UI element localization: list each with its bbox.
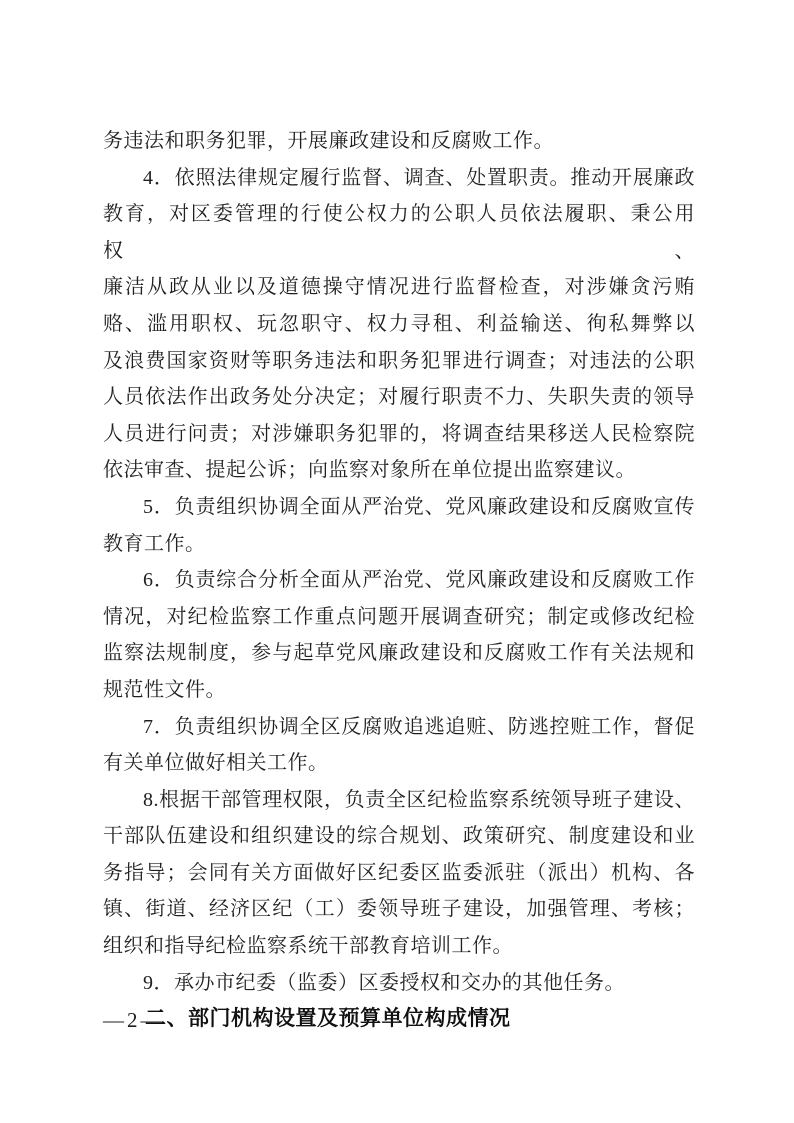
body-text-line: 教育工作。 [103,526,695,563]
body-text-line: 人员依法作出政务处分决定；对履行职责不力、失职失责的领导 [103,379,695,416]
body-text-line: 教育，对区委管理的行使公权力的公职人员依法履职、秉公用权、 [103,196,695,269]
section-heading: 二、部门机构设置及预算单位构成情况 [103,1001,695,1038]
page-number: —2— [103,1008,165,1033]
body-text-line: 镇、街道、经济区纪（工）委领导班子建设，加强管理、考核； [103,891,695,928]
body-text-line: 5．负责组织协调全面从严治党、党风廉政建设和反腐败宣传 [103,489,695,526]
document-page: 务违法和职务犯罪，开展廉政建设和反腐败工作。4．依照法律规定履行监督、调查、处置… [0,0,794,1123]
body-text-line: 9．承办市纪委（监委）区委授权和交办的其他任务。 [103,965,695,1002]
body-text-line: 8.根据干部管理权限，负责全区纪检监察系统领导班子建设、 [103,782,695,819]
body-text-line: 有关单位做好相关工作。 [103,745,695,782]
body-text-line: 人员进行问责；对涉嫌职务犯罪的，将调查结果移送人民检察院 [103,416,695,453]
body-text-line: 干部队伍建设和组织建设的综合规划、政策研究、制度建设和业 [103,818,695,855]
body-text-line: 7．负责组织协调全区反腐败追逃追赃、防逃控赃工作，督促 [103,709,695,746]
body-text-line: 及浪费国家资财等职务违法和职务犯罪进行调查；对违法的公职 [103,343,695,380]
body-text-line: 规范性文件。 [103,672,695,709]
body-text-line: 廉洁从政从业以及道德操守情况进行监督检查，对涉嫌贪污贿 [103,269,695,306]
body-text-line: 6．负责综合分析全面从严治党、党风廉政建设和反腐败工作 [103,562,695,599]
body-text-line: 组织和指导纪检监察系统干部教育培训工作。 [103,928,695,965]
body-text-line: 务指导；会同有关方面做好区纪委区监委派驻（派出）机构、各 [103,855,695,892]
body-text-line: 4．依照法律规定履行监督、调查、处置职责。推动开展廉政 [103,160,695,197]
body-text-line: 监察法规制度，参与起草党风廉政建设和反腐败工作有关法规和 [103,635,695,672]
document-body: 务违法和职务犯罪，开展廉政建设和反腐败工作。4．依照法律规定履行监督、调查、处置… [103,123,695,1038]
body-text-line: 赂、滥用职权、玩忽职守、权力寻租、利益输送、徇私舞弊以 [103,306,695,343]
body-text-line: 情况，对纪检监察工作重点问题开展调查研究；制定或修改纪检 [103,599,695,636]
body-text-line: 务违法和职务犯罪，开展廉政建设和反腐败工作。 [103,123,695,160]
body-text-line: 依法审查、提起公诉；向监察对象所在单位提出监察建议。 [103,452,695,489]
